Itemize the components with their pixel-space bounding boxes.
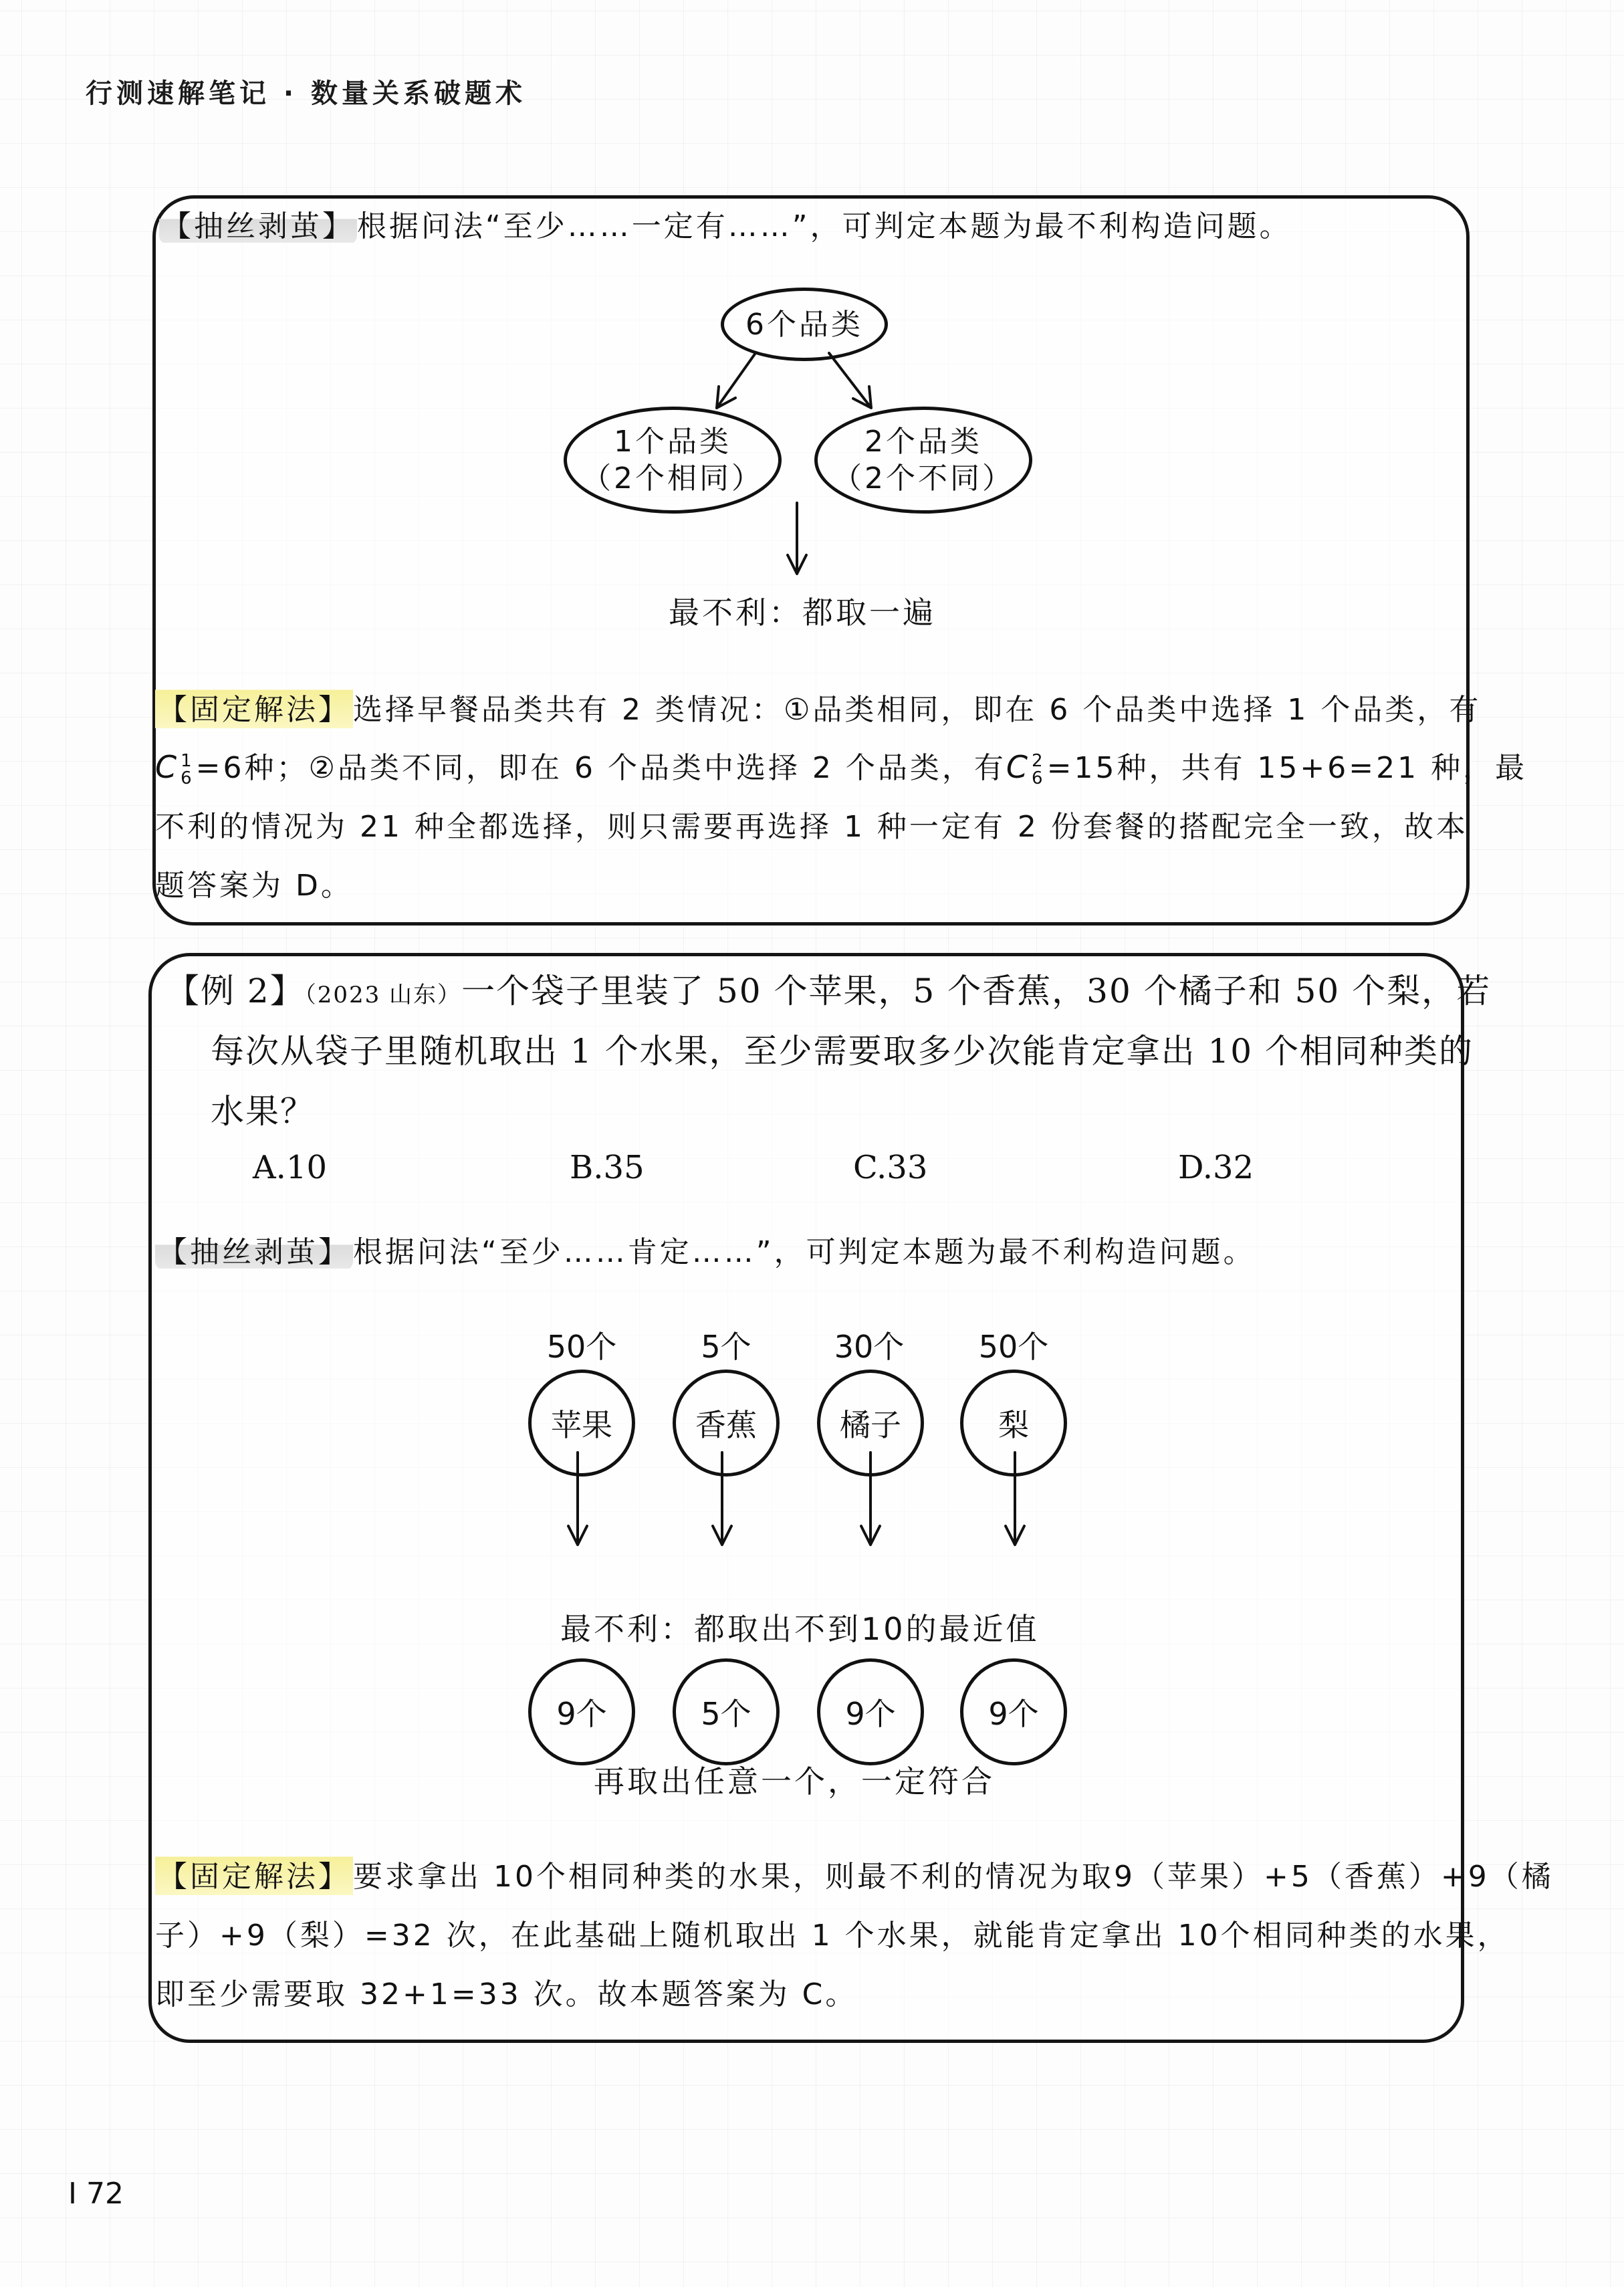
- question-line-2: 每次从袋子里随机取出 1 个水果，至少需要取多少次能肯定拿出 10 个相同种类的: [211, 1024, 1474, 1073]
- solution-line-1: 【固定解法】选择早餐品类共有 2 类情况：①品类相同，即在 6 个品类中选择 1…: [155, 685, 1481, 728]
- solution2-line-1: 【固定解法】要求拿出 10个相同种类的水果，则最不利的情况为取9（苹果）+5（香…: [155, 1852, 1554, 1895]
- worst-count-banana: 5个: [673, 1658, 780, 1765]
- analysis-text: 根据问法“至少……肯定……”，可判定本题为最不利构造问题。: [353, 1235, 1256, 1269]
- solution-line-4: 题答案为 D。: [155, 861, 353, 904]
- question-text-1: 一个袋子里装了 50 个苹果，5 个香蕉，30 个橘子和 50 个梨，若: [461, 972, 1491, 1010]
- worst-count-orange: 9个: [817, 1658, 924, 1765]
- diagram-right-node: 2个品类 （2个不同）: [814, 407, 1032, 514]
- analysis-line-1: 【抽丝剥茧】根据问法“至少……一定有……”，可判定本题为最不利构造问题。: [159, 202, 1292, 245]
- worst-count-label: 9个: [845, 1690, 895, 1734]
- option-d[interactable]: D.32: [1178, 1149, 1254, 1186]
- worst-case-text: 最不利：都取出不到10的最近值: [560, 1605, 1040, 1649]
- question-line-3: 水果？: [211, 1085, 315, 1133]
- combination-indices: 26: [1032, 752, 1046, 787]
- right-node-line2: （2个不同）: [832, 460, 1014, 497]
- solution2-line-2: 子）+9（梨）=32 次，在此基础上随机取出 1 个水果，就能肯定拿出 10个相…: [155, 1911, 1510, 1954]
- solution-text-2a: =6种；②品类不同，即在 6 个品类中选择 2 个品类，有: [196, 751, 1006, 785]
- solution-text-2b: =15种，共有 15+6=21 种，最: [1047, 751, 1528, 785]
- c1-sup: 1: [181, 752, 195, 770]
- worst-count-label: 9个: [988, 1690, 1038, 1734]
- fruit-label: 苹果: [551, 1401, 612, 1445]
- c2-sup: 2: [1032, 752, 1046, 770]
- count-label-pear: 50个: [947, 1323, 1080, 1367]
- left-node-line1: 1个品类: [614, 423, 731, 460]
- c1-sub: 6: [181, 770, 195, 787]
- worst-count-apple: 9个: [528, 1658, 635, 1765]
- combination-symbol: C: [1006, 749, 1030, 785]
- diagram-left-node: 1个品类 （2个相同）: [564, 407, 782, 514]
- worst-count-label: 5个: [701, 1690, 751, 1734]
- solution-line-2: C16=6种；②品类不同，即在 6 个品类中选择 2 个品类，有C26=15种，…: [155, 744, 1527, 787]
- analysis-line-2: 【抽丝剥茧】根据问法“至少……肯定……”，可判定本题为最不利构造问题。: [155, 1228, 1256, 1271]
- fruit-node-pear: 梨: [960, 1370, 1067, 1477]
- fruit-label: 梨: [998, 1401, 1029, 1445]
- solution2-line-3: 即至少需要取 32+1=33 次。故本题答案为 C。: [155, 1970, 857, 2013]
- diagram-conclusion: 最不利：都取一遍: [669, 588, 936, 633]
- example-label: 【例 2】: [166, 972, 305, 1010]
- c2-sub: 6: [1032, 770, 1046, 787]
- combination-symbol: C: [155, 749, 179, 785]
- question-source: （2023 山东）: [305, 982, 461, 1008]
- solution-line-3: 不利的情况为 21 种全都选择，则只需要再选择 1 种一定有 2 份套餐的搭配完…: [155, 802, 1468, 845]
- solution-tag: 【固定解法】: [155, 685, 353, 728]
- fruit-node-orange: 橘子: [817, 1370, 924, 1477]
- worst-count-pear: 9个: [960, 1658, 1067, 1765]
- option-a[interactable]: A.10: [253, 1149, 327, 1186]
- final-note: 再取出任意一个，一定符合: [594, 1757, 995, 1802]
- fruit-node-apple: 苹果: [528, 1370, 635, 1477]
- analysis-tag: 【抽丝剥茧】: [155, 1228, 353, 1271]
- diagram-root-node: 6个品类: [721, 288, 888, 361]
- solution-text-1: 选择早餐品类共有 2 类情况：①品类相同，即在 6 个品类中选择 1 个品类，有: [353, 693, 1481, 727]
- fruit-node-banana: 香蕉: [673, 1370, 780, 1477]
- page-number: I 72: [68, 2177, 124, 2211]
- solution2-text-1: 要求拿出 10个相同种类的水果，则最不利的情况为取9（苹果）+5（香蕉）+9（橘: [353, 1860, 1554, 1894]
- running-title: 行测速解笔记 · 数量关系破题术: [86, 72, 526, 110]
- fruit-label: 橘子: [840, 1401, 901, 1445]
- analysis-text: 根据问法“至少……一定有……”，可判定本题为最不利构造问题。: [357, 209, 1292, 243]
- count-label-banana: 5个: [659, 1323, 793, 1367]
- fruit-label: 香蕉: [695, 1401, 757, 1445]
- option-c[interactable]: C.33: [853, 1149, 927, 1186]
- option-b[interactable]: B.35: [570, 1149, 645, 1186]
- left-node-line2: （2个相同）: [582, 460, 764, 497]
- count-label-orange: 30个: [802, 1323, 936, 1367]
- solution-tag: 【固定解法】: [155, 1852, 353, 1895]
- root-label: 6个品类: [745, 306, 863, 343]
- question-line-1: 【例 2】（2023 山东）一个袋子里装了 50 个苹果，5 个香蕉，30 个橘…: [166, 964, 1491, 1012]
- count-label-apple: 50个: [515, 1323, 649, 1367]
- combination-indices: 16: [181, 752, 195, 787]
- analysis-tag: 【抽丝剥茧】: [159, 202, 357, 245]
- right-node-line1: 2个品类: [864, 423, 982, 460]
- worst-count-label: 9个: [556, 1690, 606, 1734]
